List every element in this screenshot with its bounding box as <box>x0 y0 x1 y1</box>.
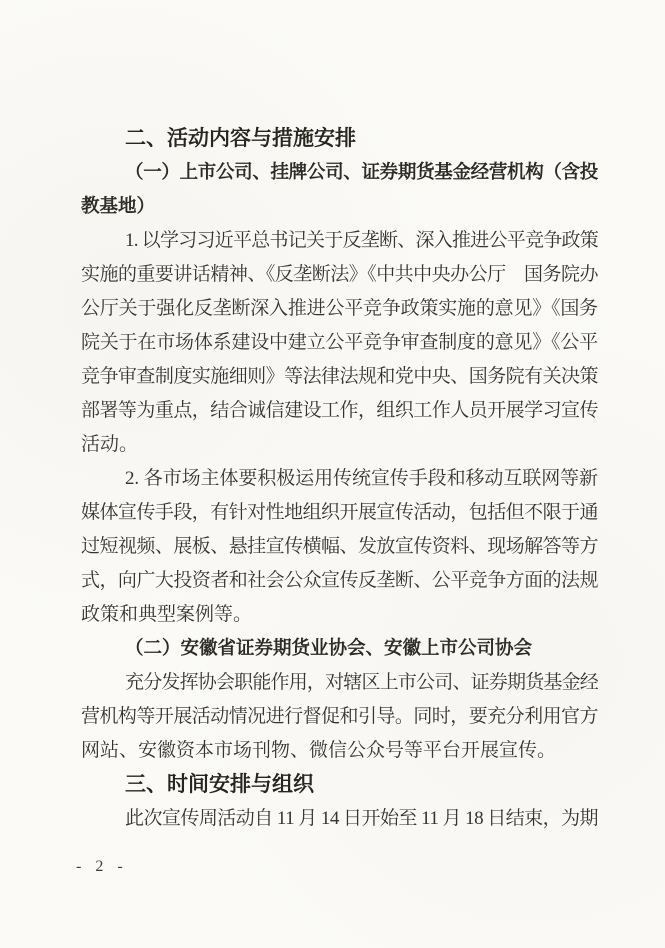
document-content: 二、活动内容与措施安排（一）上市公司、挂牌公司、证券期货基金经营机构（含投教基地… <box>81 122 598 836</box>
body-text-line: 院关于在市场体系建设中建立公平竞争审查制度的意见》《公平 <box>81 326 598 360</box>
line-text: 竞争审查制度实施细则》等法律法规和党中央、国务院有关决策 <box>81 360 598 394</box>
line-text: 教基地） <box>81 190 155 224</box>
line-text: 活动。 <box>81 428 138 462</box>
body-text-line: 营机构等开展活动情况进行督促和引导。同时，要充分利用官方 <box>81 700 598 734</box>
line-text: 部署等为重点，结合诚信建设工作，组织工作人员开展学习宣传 <box>81 394 598 428</box>
line-text: 营机构等开展活动情况进行督促和引导。同时，要充分利用官方 <box>81 700 598 734</box>
line-text: 此次宣传周活动自 11 月 14 日开始至 11 月 18 日结束，为期 <box>125 802 598 836</box>
scanned-document-page: 二、活动内容与措施安排（一）上市公司、挂牌公司、证券期货基金经营机构（含投教基地… <box>0 0 665 948</box>
line-text: 院关于在市场体系建设中建立公平竞争审查制度的意见》《公平 <box>81 326 598 360</box>
line-text: 式，向广大投资者和社会公众宣传反垄断、公平竞争方面的法规 <box>81 564 598 598</box>
line-text: 2. 各市场主体要积极运用传统宣传手段和移动互联网等新 <box>125 462 598 496</box>
line-text: 公厅关于强化反垄断深入推进公平竞争政策实施的意见》《国务 <box>81 292 598 326</box>
line-text: （一）上市公司、挂牌公司、证券期货基金经营机构（含投 <box>125 156 598 190</box>
body-text-line: 媒体宣传手段，有针对性地组织开展宣传活动，包括但不限于通 <box>81 496 598 530</box>
body-text-line: 网站、安徽资本市场刊物、微信公众号等平台开展宣传。 <box>81 734 598 768</box>
line-text: 充分发挥协会职能作用，对辖区上市公司、证券期货基金经 <box>125 666 598 700</box>
body-text-line: 竞争审查制度实施细则》等法律法规和党中央、国务院有关决策 <box>81 360 598 394</box>
section-heading-line: 三、时间安排与组织 <box>81 768 598 802</box>
subsection-heading-line: 教基地） <box>81 190 598 224</box>
page-number: - 2 - <box>76 858 128 876</box>
body-text-line: 1. 以学习习近平总书记关于反垄断、深入推进公平竞争政策 <box>81 224 598 258</box>
section-heading-line: 二、活动内容与措施安排 <box>81 122 598 156</box>
line-text: 网站、安徽资本市场刊物、微信公众号等平台开展宣传。 <box>81 734 556 768</box>
line-text: （二）安徽省证券期货业协会、安徽上市公司协会 <box>125 632 532 666</box>
line-text: 二、活动内容与措施安排 <box>125 122 356 156</box>
line-text: 三、时间安排与组织 <box>125 768 314 802</box>
line-text: 1. 以学习习近平总书记关于反垄断、深入推进公平竞争政策 <box>125 224 598 258</box>
body-text-line: 式，向广大投资者和社会公众宣传反垄断、公平竞争方面的法规 <box>81 564 598 598</box>
body-text-line: 政策和典型案例等。 <box>81 598 598 632</box>
body-text-line: 充分发挥协会职能作用，对辖区上市公司、证券期货基金经 <box>81 666 598 700</box>
body-text-line: 实施的重要讲话精神、《反垄断法》《中共中央办公厅 国务院办 <box>81 258 598 292</box>
line-text: 政策和典型案例等。 <box>81 598 252 632</box>
body-text-line: 公厅关于强化反垄断深入推进公平竞争政策实施的意见》《国务 <box>81 292 598 326</box>
body-text-line: 此次宣传周活动自 11 月 14 日开始至 11 月 18 日结束，为期 <box>81 802 598 836</box>
body-text-line: 部署等为重点，结合诚信建设工作，组织工作人员开展学习宣传 <box>81 394 598 428</box>
body-text-line: 2. 各市场主体要积极运用传统宣传手段和移动互联网等新 <box>81 462 598 496</box>
line-text: 媒体宣传手段，有针对性地组织开展宣传活动，包括但不限于通 <box>81 496 598 530</box>
body-text-line: 活动。 <box>81 428 598 462</box>
body-text-line: 过短视频、展板、悬挂宣传横幅、发放宣传资料、现场解答等方 <box>81 530 598 564</box>
subsection-heading-line: （二）安徽省证券期货业协会、安徽上市公司协会 <box>81 632 598 666</box>
line-text: 实施的重要讲话精神、《反垄断法》《中共中央办公厅 国务院办 <box>81 258 598 292</box>
subsection-heading-line: （一）上市公司、挂牌公司、证券期货基金经营机构（含投 <box>81 156 598 190</box>
line-text: 过短视频、展板、悬挂宣传横幅、发放宣传资料、现场解答等方 <box>81 530 598 564</box>
